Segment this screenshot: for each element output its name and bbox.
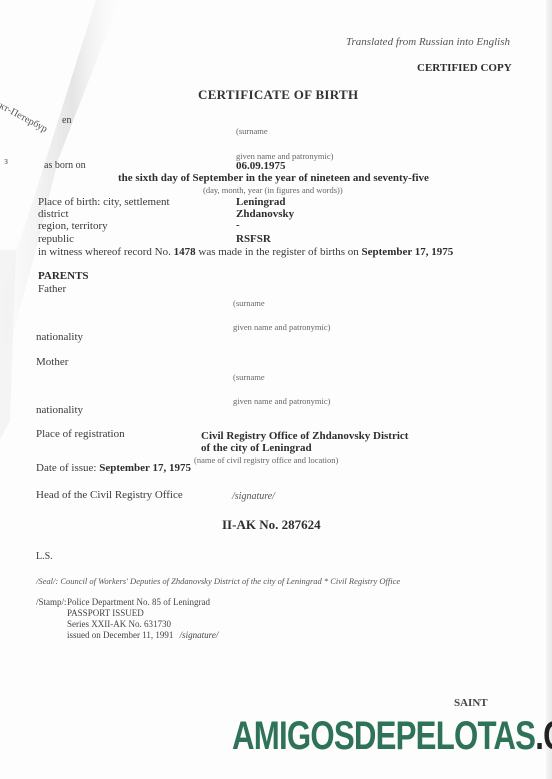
born-on-label: as born on (44, 160, 86, 171)
registry-office-caption: (name of civil registry office and locat… (194, 455, 338, 465)
registry-office-line2: of the city of Leningrad (201, 442, 312, 454)
registration-label: Place of registration (36, 428, 125, 440)
father-given-name-caption: given name and patronymic) (233, 322, 330, 332)
stamp-fragment-text: анкт-Петербур (0, 96, 49, 135)
record-middle: was made in the register of births on (198, 246, 358, 258)
father-nationality-label: nationality (36, 331, 83, 343)
record-prefix: in witness whereof record No. (38, 246, 171, 258)
stamp-line-3: Series XXII-AK No. 631730 (67, 619, 218, 630)
ls-label: L.S. (36, 551, 53, 562)
mother-surname-caption: (surname (233, 372, 265, 382)
pob-value-city: Leningrad (236, 196, 286, 208)
mother-given-name-caption: given name and patronymic) (233, 396, 330, 406)
date-of-issue-value: September 17, 1975 (99, 462, 191, 474)
birth-date-figures: 06.09.1975 (236, 160, 286, 172)
pob-label-republic: republic (38, 233, 74, 245)
document-title: CERTIFICATE OF BIRTH (198, 87, 358, 103)
certificate-number: II-AK No. 287624 (222, 517, 321, 533)
partial-label: en (62, 115, 71, 126)
mother-label: Mother (36, 356, 68, 368)
surname-caption: (surname (236, 126, 268, 136)
birth-date-words: the sixth day of September in the year o… (118, 172, 429, 184)
record-statement: in witness whereof record No. 1478 was m… (38, 246, 453, 258)
record-date: September 17, 1975 (362, 246, 454, 258)
stamp-line-4: issued on December 11, 1991 /signature/ (67, 630, 218, 641)
parents-heading: PARENTS (38, 270, 89, 282)
pob-value-republic: RSFSR (236, 233, 271, 245)
date-caption: (day, month, year (in figures and words)… (203, 185, 343, 195)
pob-label-region: region, territory (38, 220, 108, 232)
father-label: Father (38, 283, 66, 295)
stamp-line-1: Police Department No. 85 of Leningrad (67, 597, 218, 608)
date-of-issue: Date of issue: September 17, 1975 (36, 462, 191, 474)
saint-fragment: SAINT (454, 697, 488, 709)
stamp-block: Police Department No. 85 of Leningrad PA… (67, 597, 218, 641)
mother-nationality-label: nationality (36, 404, 83, 416)
watermark-suffix: .COM (535, 714, 552, 758)
translation-note: Translated from Russian into English (346, 36, 510, 48)
paper-fold-shadow (0, 0, 552, 779)
watermark-logo: AMIGOSDEPELOTAS.COM (232, 716, 552, 756)
page-edge (546, 0, 552, 779)
registry-office-line1: Civil Registry Office of Zhdanovsky Dist… (201, 430, 408, 442)
date-of-issue-label: Date of issue: (36, 462, 96, 474)
stamp-fragment-glyph: з (4, 156, 8, 167)
head-signature: /signature/ (232, 491, 275, 502)
watermark-main: AMIGOSDEPELOTAS (232, 714, 535, 758)
stamp-line-2: PASSPORT ISSUED (67, 608, 218, 619)
pob-value-district: Zhdanovsky (236, 208, 294, 220)
head-of-office-label: Head of the Civil Registry Office (36, 489, 183, 501)
record-number: 1478 (174, 246, 196, 258)
stamp-issue-date: issued on December 11, 1991 (67, 630, 173, 640)
pob-label-district: district (38, 208, 69, 220)
stamp-signature: /signature/ (180, 630, 219, 640)
father-surname-caption: (surname (233, 298, 265, 308)
certified-copy-label: CERTIFIED COPY (417, 62, 512, 74)
stamp-label: /Stamp/: (36, 597, 67, 607)
certificate-page: Translated from Russian into English CER… (0, 0, 552, 779)
pob-label-city: Place of birth: city, settlement (38, 196, 170, 208)
pob-value-region: - (236, 219, 240, 231)
seal-text: /Seal/: Council of Workers' Deputies of … (36, 576, 400, 586)
